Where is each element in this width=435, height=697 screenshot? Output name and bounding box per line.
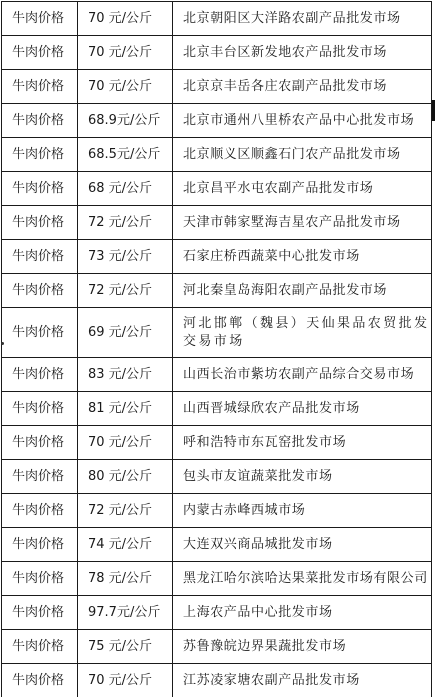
table-row: 牛肉价格 68.5元/公斤 北京顺义区顺鑫石门农产品批发市场 — [2, 138, 432, 172]
table-row: 牛肉价格 72 元/公斤 河北秦皇岛海阳农副产品批发市场 — [2, 274, 432, 308]
price-cell: 72 元/公斤 — [78, 206, 173, 240]
table-row: 牛肉价格 70 元/公斤 呼和浩特市东瓦窑批发市场 — [2, 426, 432, 460]
market-cell: 山西长治市紫坊农副产品综合交易市场 — [173, 358, 432, 392]
item-cell: 牛肉价格 — [2, 358, 78, 392]
item-cell: 牛肉价格 — [2, 494, 78, 528]
price-cell: 72 元/公斤 — [78, 494, 173, 528]
price-cell: 97.7元/公斤 — [78, 596, 173, 630]
price-cell: 73 元/公斤 — [78, 240, 173, 274]
table-row: 牛肉价格 75 元/公斤 苏鲁豫皖边界果蔬批发市场 — [2, 630, 432, 664]
price-cell: 68.9元/公斤 — [78, 104, 173, 138]
item-cell: 牛肉价格 — [2, 240, 78, 274]
item-cell: 牛肉价格 — [2, 528, 78, 562]
market-cell: 北京昌平水屯农副产品批发市场 — [173, 172, 432, 206]
price-cell: 74 元/公斤 — [78, 528, 173, 562]
table-row: 牛肉价格 73 元/公斤 石家庄桥西蔬菜中心批发市场 — [2, 240, 432, 274]
table-row: 牛肉价格 81 元/公斤 山西晋城绿欣农产品批发市场 — [2, 392, 432, 426]
market-cell: 黑龙江哈尔滨哈达果菜批发市场有限公司 — [173, 562, 432, 596]
item-cell: 牛肉价格 — [2, 2, 78, 36]
market-cell: 江苏凌家塘农副产品批发市场 — [173, 664, 432, 697]
market-cell: 北京市通州八里桥农产品中心批发市场 — [173, 104, 432, 138]
market-cell: 河北邯郸（魏县）天仙果品农贸批发交易市场 — [173, 308, 432, 358]
item-cell: 牛肉价格 — [2, 36, 78, 70]
price-cell: 69 元/公斤 — [78, 308, 173, 358]
market-cell: 北京朝阳区大洋路农副产品批发市场 — [173, 2, 432, 36]
price-cell: 70 元/公斤 — [78, 426, 173, 460]
item-cell: 牛肉价格 — [2, 206, 78, 240]
price-cell: 83 元/公斤 — [78, 358, 173, 392]
scan-artifact-dot — [1, 342, 4, 345]
price-cell: 68 元/公斤 — [78, 172, 173, 206]
table-row: 牛肉价格 68 元/公斤 北京昌平水屯农副产品批发市场 — [2, 172, 432, 206]
market-cell: 包头市友谊蔬菜批发市场 — [173, 460, 432, 494]
market-cell: 天津市韩家墅海吉星农产品批发市场 — [173, 206, 432, 240]
price-cell: 70 元/公斤 — [78, 2, 173, 36]
market-cell: 北京顺义区顺鑫石门农产品批发市场 — [173, 138, 432, 172]
market-cell: 大连双兴商品城批发市场 — [173, 528, 432, 562]
item-cell: 牛肉价格 — [2, 308, 78, 358]
item-cell: 牛肉价格 — [2, 104, 78, 138]
table-row: 牛肉价格 80 元/公斤 包头市友谊蔬菜批发市场 — [2, 460, 432, 494]
table-row: 牛肉价格 83 元/公斤 山西长治市紫坊农副产品综合交易市场 — [2, 358, 432, 392]
item-cell: 牛肉价格 — [2, 172, 78, 206]
beef-price-table: 牛肉价格 70 元/公斤 北京朝阳区大洋路农副产品批发市场 牛肉价格 70 元/… — [1, 1, 432, 697]
table-row: 牛肉价格 78 元/公斤 黑龙江哈尔滨哈达果菜批发市场有限公司 — [2, 562, 432, 596]
table-row: 牛肉价格 68.9元/公斤 北京市通州八里桥农产品中心批发市场 — [2, 104, 432, 138]
price-cell: 72 元/公斤 — [78, 274, 173, 308]
market-cell: 石家庄桥西蔬菜中心批发市场 — [173, 240, 432, 274]
table-row: 牛肉价格 72 元/公斤 内蒙古赤峰西城市场 — [2, 494, 432, 528]
table-row: 牛肉价格 74 元/公斤 大连双兴商品城批发市场 — [2, 528, 432, 562]
market-cell: 上海农产品中心批发市场 — [173, 596, 432, 630]
table-row: 牛肉价格 72 元/公斤 天津市韩家墅海吉星农产品批发市场 — [2, 206, 432, 240]
price-cell: 75 元/公斤 — [78, 630, 173, 664]
market-cell: 内蒙古赤峰西城市场 — [173, 494, 432, 528]
table-row: 牛肉价格 69 元/公斤 河北邯郸（魏县）天仙果品农贸批发交易市场 — [2, 308, 432, 358]
item-cell: 牛肉价格 — [2, 562, 78, 596]
market-cell: 苏鲁豫皖边界果蔬批发市场 — [173, 630, 432, 664]
table-row: 牛肉价格 70 元/公斤 北京京丰岳各庄农副产品批发市场 — [2, 70, 432, 104]
item-cell: 牛肉价格 — [2, 392, 78, 426]
price-cell: 80 元/公斤 — [78, 460, 173, 494]
table-row: 牛肉价格 97.7元/公斤 上海农产品中心批发市场 — [2, 596, 432, 630]
market-cell: 河北秦皇岛海阳农副产品批发市场 — [173, 274, 432, 308]
item-cell: 牛肉价格 — [2, 70, 78, 104]
table-row: 牛肉价格 70 元/公斤 江苏凌家塘农副产品批发市场 — [2, 664, 432, 697]
price-cell: 78 元/公斤 — [78, 562, 173, 596]
item-cell: 牛肉价格 — [2, 596, 78, 630]
item-cell: 牛肉价格 — [2, 274, 78, 308]
market-cell: 呼和浩特市东瓦窑批发市场 — [173, 426, 432, 460]
market-cell: 北京丰台区新发地农产品批发市场 — [173, 36, 432, 70]
price-cell: 70 元/公斤 — [78, 36, 173, 70]
item-cell: 牛肉价格 — [2, 630, 78, 664]
price-cell: 70 元/公斤 — [78, 664, 173, 697]
item-cell: 牛肉价格 — [2, 460, 78, 494]
item-cell: 牛肉价格 — [2, 664, 78, 697]
item-cell: 牛肉价格 — [2, 138, 78, 172]
price-cell: 68.5元/公斤 — [78, 138, 173, 172]
table-row: 牛肉价格 70 元/公斤 北京朝阳区大洋路农副产品批发市场 — [2, 2, 432, 36]
item-cell: 牛肉价格 — [2, 426, 78, 460]
market-cell: 山西晋城绿欣农产品批发市场 — [173, 392, 432, 426]
market-cell: 北京京丰岳各庄农副产品批发市场 — [173, 70, 432, 104]
price-cell: 81 元/公斤 — [78, 392, 173, 426]
table-row: 牛肉价格 70 元/公斤 北京丰台区新发地农产品批发市场 — [2, 36, 432, 70]
price-cell: 70 元/公斤 — [78, 70, 173, 104]
